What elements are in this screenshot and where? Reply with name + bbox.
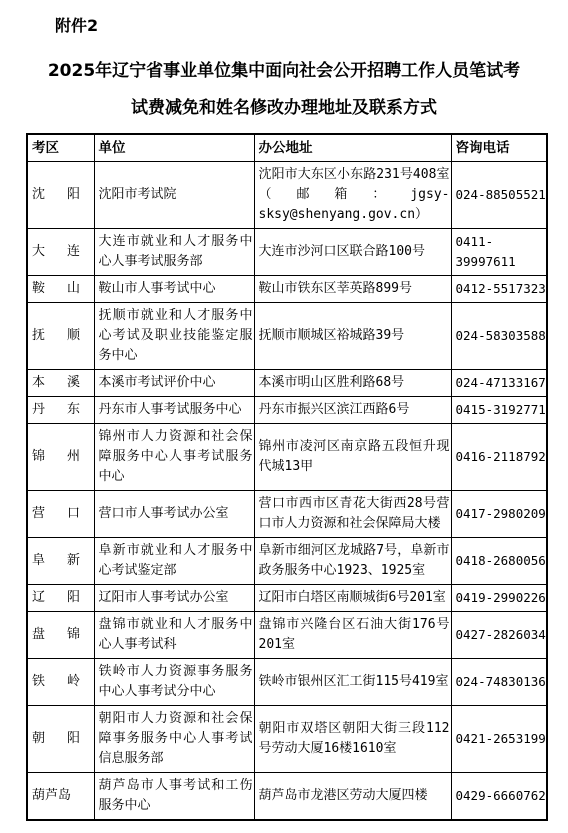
region-cell: 阜新 <box>27 538 94 585</box>
address-cell: 辽阳市白塔区南顺城街6号201室 <box>254 585 451 612</box>
address-cell: 盘锦市兴隆台区石油大街176号201室 <box>254 612 451 659</box>
region-cell: 本溪 <box>27 370 94 397</box>
region-label: 鞍山 <box>32 279 80 299</box>
address-cell: 营口市西市区青花大街西28号营口市人力资源和社会保障局大楼 <box>254 491 451 538</box>
region-cell: 丹东 <box>27 397 94 424</box>
unit-cell: 辽阳市人事考试办公室 <box>94 585 254 612</box>
phone-cell: 0427-2826034 <box>451 612 547 659</box>
table-row: 锦州锦州市人力资源和社会保障服务中心人事考试服务中心锦州市凌河区南京路五段恒升现… <box>27 424 547 491</box>
unit-cell: 阜新市就业和人才服务中心考试鉴定部 <box>94 538 254 585</box>
region-label: 锦州 <box>32 447 80 467</box>
region-cell: 鞍山 <box>27 276 94 303</box>
phone-cell: 0421-2653199 <box>451 706 547 773</box>
region-label: 沈阳 <box>32 185 80 205</box>
region-cell: 大连 <box>27 229 94 276</box>
header-unit: 单位 <box>94 134 254 162</box>
region-label: 营口 <box>32 504 80 524</box>
region-label: 铁岭 <box>32 672 80 692</box>
document-title: 2025年辽宁省事业单位集中面向社会公开招聘工作人员笔试考 试费减免和姓名修改办… <box>22 53 546 127</box>
contact-table: 考区 单位 办公地址 咨询电话 沈阳沈阳市考试院沈阳市大东区小东路231号408… <box>26 133 548 821</box>
phone-cell: 0419-2990226 <box>451 585 547 612</box>
phone-cell: 024-47133167 <box>451 370 547 397</box>
phone-cell: 024-88505521 <box>451 162 547 229</box>
table-row: 大连大连市就业和人才服务中心人事考试服务部大连市沙河口区联合路100号0411-… <box>27 229 547 276</box>
table-row: 抚顺抚顺市就业和人才服务中心考试及职业技能鉴定服务中心抚顺市顺城区裕城路39号0… <box>27 303 547 370</box>
region-cell: 抚顺 <box>27 303 94 370</box>
region-cell: 营口 <box>27 491 94 538</box>
region-label: 抚顺 <box>32 326 80 346</box>
phone-cell: 0429-6660762 <box>451 773 547 821</box>
table-row: 本溪本溪市考试评价中心本溪市明山区胜利路68号024-47133167 <box>27 370 547 397</box>
table-row: 朝阳朝阳市人力资源和社会保障事务服务中心人事考试信息服务部朝阳市双塔区朝阳大街三… <box>27 706 547 773</box>
region-label: 丹东 <box>32 400 80 420</box>
region-label: 盘锦 <box>32 625 80 645</box>
table-row: 葫芦岛葫芦岛市人事考试和工伤服务中心葫芦岛市龙港区劳动大厦四楼0429-6660… <box>27 773 547 821</box>
address-cell: 朝阳市双塔区朝阳大街三段112号劳动大厦16楼1610室 <box>254 706 451 773</box>
phone-cell: 0412-5517323 <box>451 276 547 303</box>
phone-cell: 0415-3192771 <box>451 397 547 424</box>
address-cell: 大连市沙河口区联合路100号 <box>254 229 451 276</box>
region-cell: 朝阳 <box>27 706 94 773</box>
unit-cell: 鞍山市人事考试中心 <box>94 276 254 303</box>
phone-cell: 024-74830136 <box>451 659 547 706</box>
header-phone: 咨询电话 <box>451 134 547 162</box>
unit-cell: 沈阳市考试院 <box>94 162 254 229</box>
address-cell: 抚顺市顺城区裕城路39号 <box>254 303 451 370</box>
address-cell: 阜新市细河区龙城路7号，阜新市政务服务中心1923、1925室 <box>254 538 451 585</box>
table-row: 鞍山鞍山市人事考试中心鞍山市铁东区莘英路899号0412-5517323 <box>27 276 547 303</box>
region-label: 本溪 <box>32 373 80 393</box>
phone-cell: 024-58303588 <box>451 303 547 370</box>
document-page: 附件2 2025年辽宁省事业单位集中面向社会公开招聘工作人员笔试考 试费减免和姓… <box>0 0 568 833</box>
table-body: 沈阳沈阳市考试院沈阳市大东区小东路231号408室（邮箱：jgsy-sksy@s… <box>27 162 547 821</box>
table-row: 沈阳沈阳市考试院沈阳市大东区小东路231号408室（邮箱：jgsy-sksy@s… <box>27 162 547 229</box>
region-label: 阜新 <box>32 551 80 571</box>
table-header-row: 考区 单位 办公地址 咨询电话 <box>27 134 547 162</box>
address-cell: 沈阳市大东区小东路231号408室（邮箱：jgsy-sksy@shenyang.… <box>254 162 451 229</box>
phone-cell: 0417-2980209 <box>451 491 547 538</box>
unit-cell: 抚顺市就业和人才服务中心考试及职业技能鉴定服务中心 <box>94 303 254 370</box>
table-row: 辽阳辽阳市人事考试办公室辽阳市白塔区南顺城街6号201室0419-2990226 <box>27 585 547 612</box>
region-cell: 沈阳 <box>27 162 94 229</box>
unit-cell: 铁岭市人力资源事务服务中心人事考试分中心 <box>94 659 254 706</box>
title-line-1: 2025年辽宁省事业单位集中面向社会公开招聘工作人员笔试考 <box>22 53 546 90</box>
unit-cell: 大连市就业和人才服务中心人事考试服务部 <box>94 229 254 276</box>
address-cell: 铁岭市银州区汇工街115号419室 <box>254 659 451 706</box>
header-region: 考区 <box>27 134 94 162</box>
unit-cell: 锦州市人力资源和社会保障服务中心人事考试服务中心 <box>94 424 254 491</box>
region-label: 朝阳 <box>32 729 80 749</box>
table-row: 铁岭铁岭市人力资源事务服务中心人事考试分中心铁岭市银州区汇工街115号419室0… <box>27 659 547 706</box>
region-label: 辽阳 <box>32 588 80 608</box>
address-cell: 葫芦岛市龙港区劳动大厦四楼 <box>254 773 451 821</box>
phone-cell: 0416-2118792 <box>451 424 547 491</box>
region-cell: 盘锦 <box>27 612 94 659</box>
unit-cell: 营口市人事考试办公室 <box>94 491 254 538</box>
region-cell: 葫芦岛 <box>27 773 94 821</box>
region-cell: 锦州 <box>27 424 94 491</box>
unit-cell: 朝阳市人力资源和社会保障事务服务中心人事考试信息服务部 <box>94 706 254 773</box>
table-row: 盘锦盘锦市就业和人才服务中心人事考试科盘锦市兴隆台区石油大街176号201室04… <box>27 612 547 659</box>
phone-cell: 0411- 39997611 <box>451 229 547 276</box>
region-cell: 铁岭 <box>27 659 94 706</box>
table-row: 丹东丹东市人事考试服务中心丹东市振兴区滨江西路6号0415-3192771 <box>27 397 547 424</box>
address-cell: 鞍山市铁东区莘英路899号 <box>254 276 451 303</box>
header-address: 办公地址 <box>254 134 451 162</box>
unit-cell: 葫芦岛市人事考试和工伤服务中心 <box>94 773 254 821</box>
table-row: 营口营口市人事考试办公室营口市西市区青花大街西28号营口市人力资源和社会保障局大… <box>27 491 547 538</box>
table-head: 考区 单位 办公地址 咨询电话 <box>27 134 547 162</box>
unit-cell: 盘锦市就业和人才服务中心人事考试科 <box>94 612 254 659</box>
title-line-2: 试费减免和姓名修改办理地址及联系方式 <box>22 90 546 127</box>
attachment-label: 附件2 <box>55 15 568 37</box>
address-cell: 锦州市凌河区南京路五段恒升现代城13甲 <box>254 424 451 491</box>
table-row: 阜新阜新市就业和人才服务中心考试鉴定部阜新市细河区龙城路7号，阜新市政务服务中心… <box>27 538 547 585</box>
phone-cell: 0418-2680056 <box>451 538 547 585</box>
unit-cell: 本溪市考试评价中心 <box>94 370 254 397</box>
address-cell: 丹东市振兴区滨江西路6号 <box>254 397 451 424</box>
region-cell: 辽阳 <box>27 585 94 612</box>
unit-cell: 丹东市人事考试服务中心 <box>94 397 254 424</box>
region-label: 大连 <box>32 242 80 262</box>
address-cell: 本溪市明山区胜利路68号 <box>254 370 451 397</box>
